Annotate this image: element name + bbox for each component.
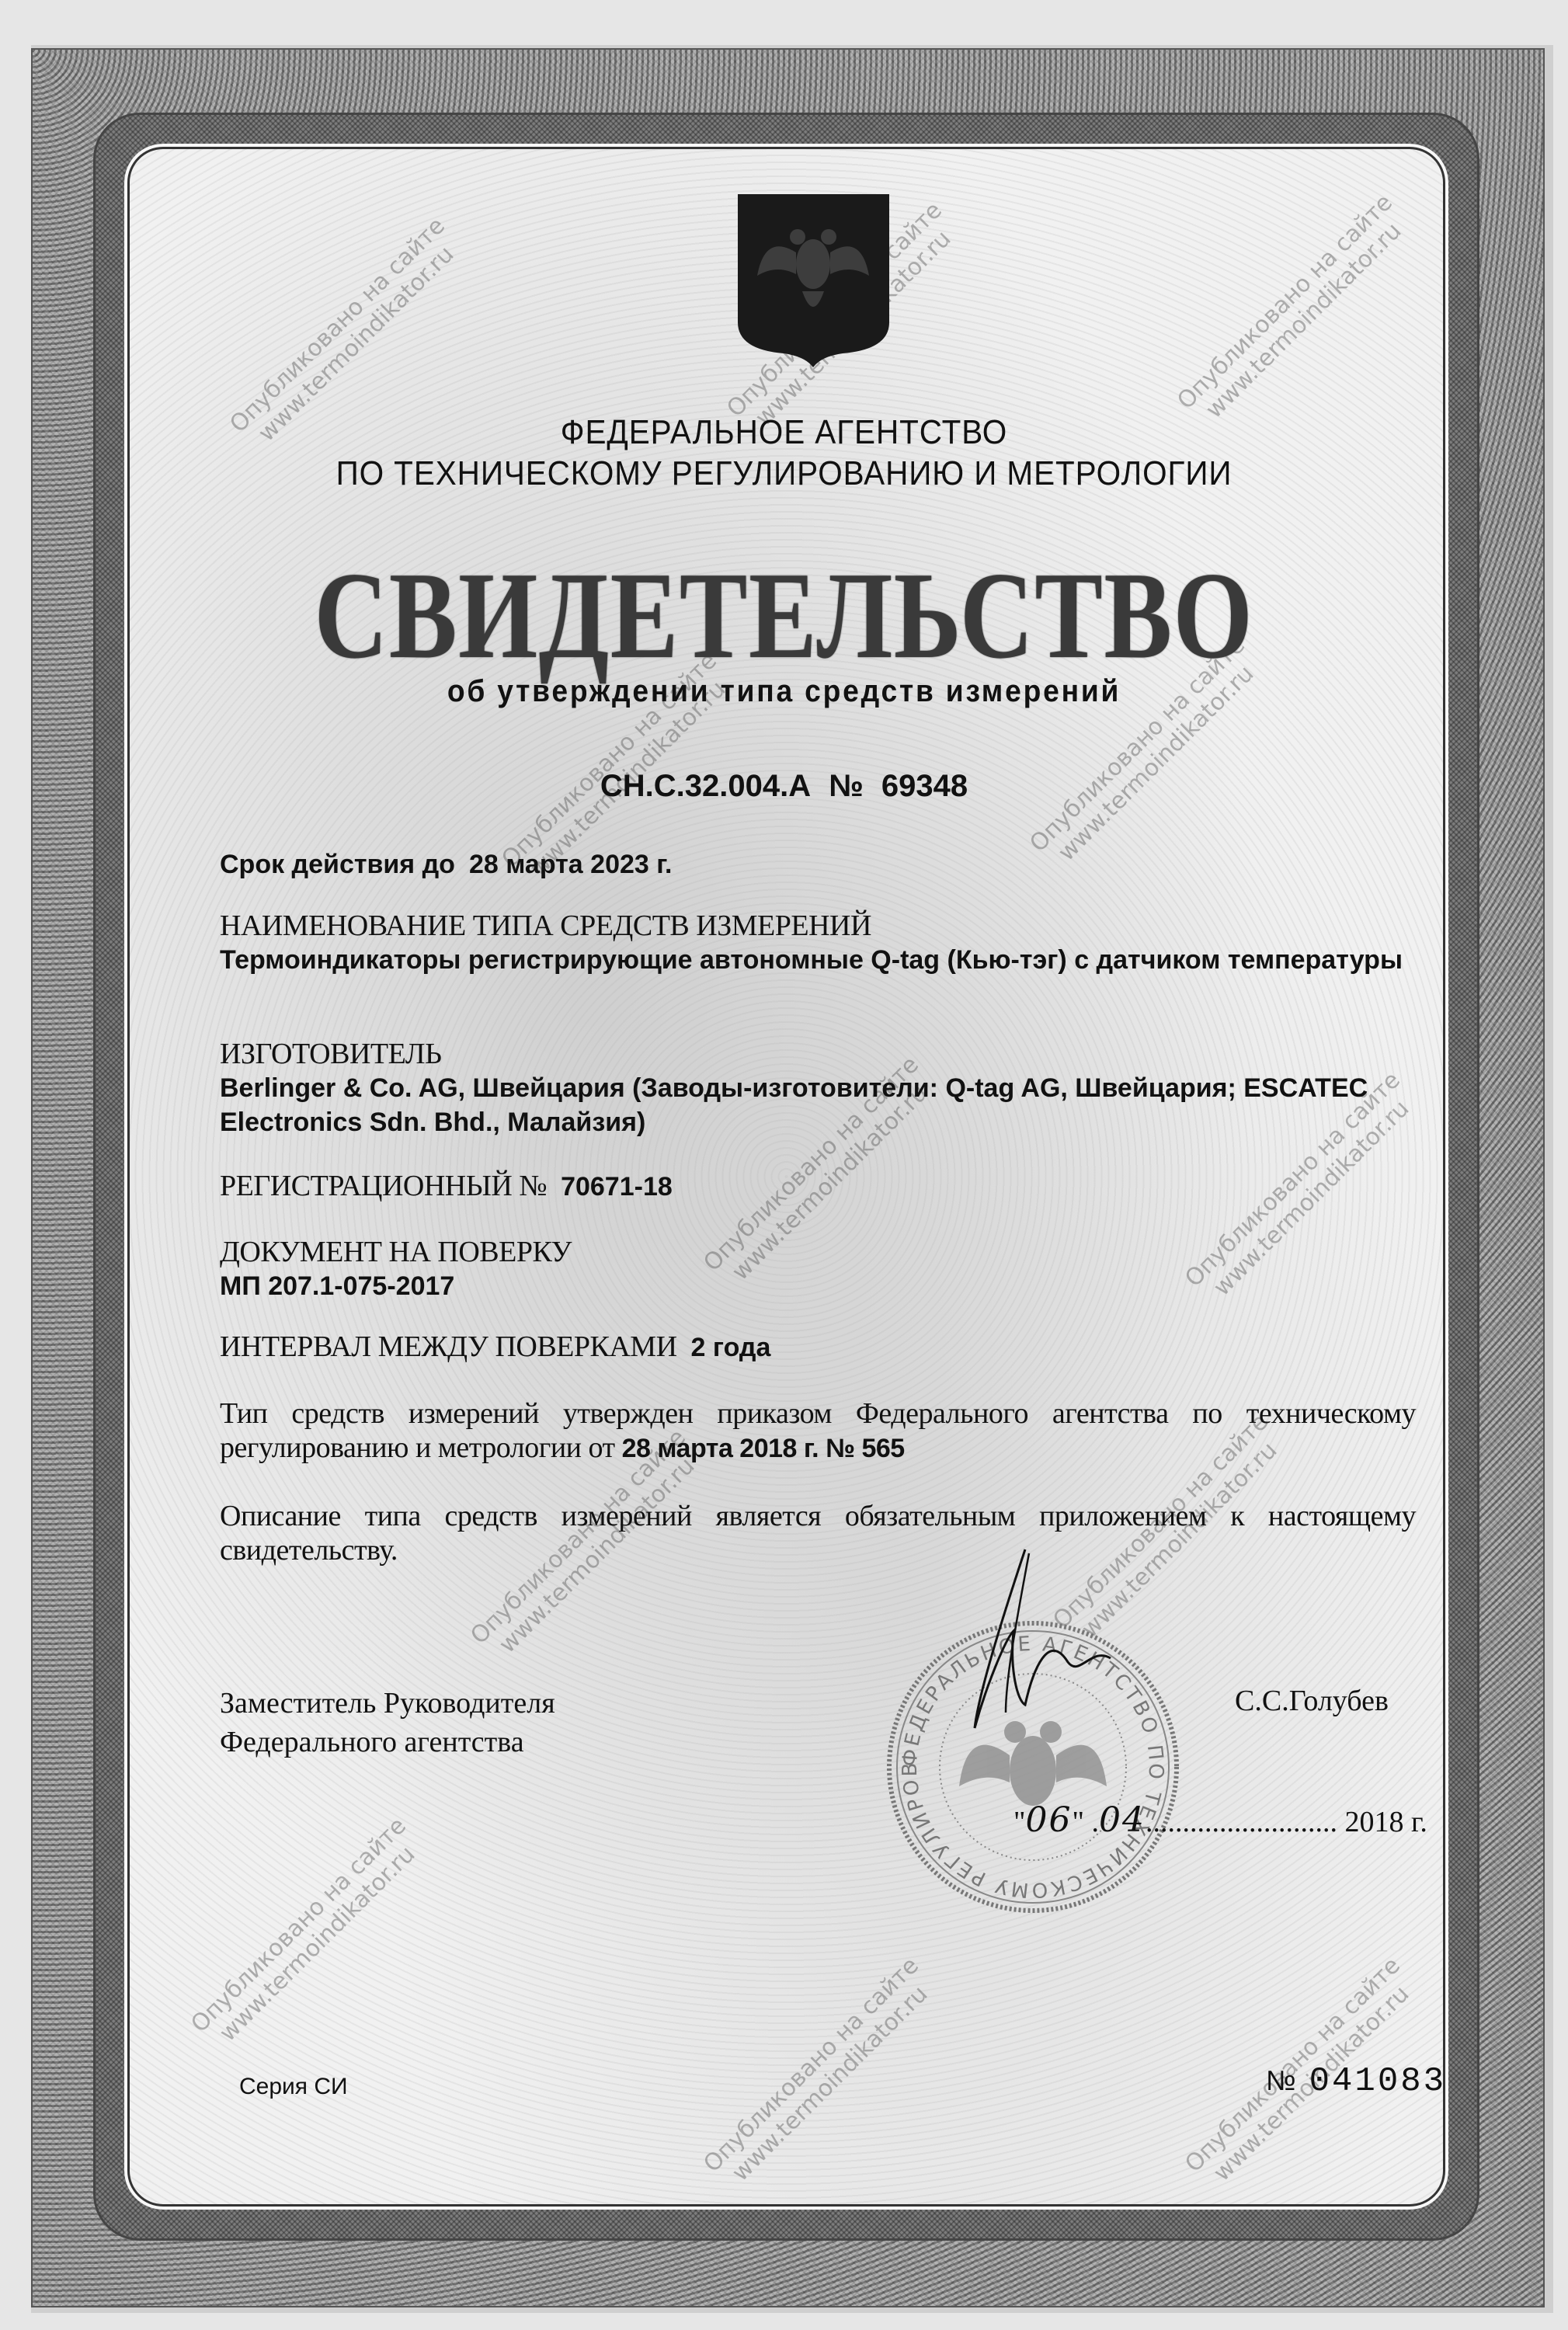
signatory-title-line1: Заместитель Руководителя (220, 1684, 555, 1723)
signatory-name: С.С.Голубев (1235, 1684, 1389, 1718)
document-subtitle: об утверждении типа средств измерений (55, 674, 1514, 709)
approval-order-number: № 565 (826, 1434, 905, 1463)
approval-order-date: 28 марта 2018 г. (622, 1434, 819, 1463)
manufacturer-label: ИЗГОТОВИТЕЛЬ (220, 1037, 1416, 1071)
interval-value: 2 года (691, 1333, 771, 1362)
signing-month: 04 (1099, 1800, 1146, 1840)
approval-paragraph: Тип средств измерений утвержден приказом… (220, 1396, 1416, 1466)
handwritten-signature (932, 1546, 1134, 1747)
signing-date: "06" .04.......................... 2018 … (1013, 1800, 1427, 1840)
serial-number: №041083 (1266, 2062, 1446, 2101)
serial-number-value: 041083 (1309, 2062, 1446, 2101)
document-title: СВИДЕТЕЛЬСТВО (141, 544, 1427, 687)
annex-note: Описание типа средств измерений является… (220, 1499, 1416, 1567)
interval-section: ИНТЕРВАЛ МЕЖДУ ПОВЕРКАМИ 2 года (220, 1330, 1416, 1365)
certificate-number-value: 69348 (881, 769, 968, 803)
verification-doc-value: МП 207.1-075-2017 (220, 1269, 1416, 1303)
verification-doc-section: ДОКУМЕНТ НА ПОВЕРКУ МП 207.1-075-2017 (220, 1235, 1416, 1303)
manufacturer-section: ИЗГОТОВИТЕЛЬ Berlinger & Co. AG, Швейцар… (220, 1037, 1416, 1139)
agency-name-line1: ФЕДЕРАЛЬНОЕ АГЕНТСТВО (63, 413, 1505, 452)
series-label: Серия СИ (239, 2074, 348, 2100)
instrument-type-section: НАИМЕНОВАНИЕ ТИПА СРЕДСТВ ИЗМЕРЕНИЙ Терм… (220, 909, 1416, 977)
serial-sign: № (1266, 2064, 1299, 2096)
instrument-type-label: НАИМЕНОВАНИЕ ТИПА СРЕДСТВ ИЗМЕРЕНИЙ (220, 909, 1416, 943)
signing-year: 2018 г. (1345, 1806, 1427, 1838)
russian-coat-of-arms-icon (734, 190, 893, 369)
agency-name-line2: ПО ТЕХНИЧЕСКОМУ РЕГУЛИРОВАНИЮ И МЕТРОЛОГ… (63, 454, 1505, 493)
registration-label: РЕГИСТРАЦИОННЫЙ № (220, 1170, 547, 1202)
manufacturer-value: Berlinger & Co. AG, Швейцария (Заводы-из… (220, 1071, 1416, 1139)
interval-label: ИНТЕРВАЛ МЕЖДУ ПОВЕРКАМИ (220, 1330, 677, 1363)
signatory-title: Заместитель Руководителя Федерального аг… (220, 1684, 555, 1761)
validity-label: Срок действия до (220, 850, 455, 879)
signing-day: 06 (1026, 1800, 1073, 1840)
registration-value: 70671-18 (561, 1172, 673, 1202)
number-sign: № (829, 769, 864, 803)
validity-value: 28 марта 2023 г. (469, 850, 673, 879)
verification-doc-label: ДОКУМЕНТ НА ПОВЕРКУ (220, 1235, 1416, 1269)
certificate-number: CH.C.32.004.A № 69348 (0, 769, 1568, 804)
certificate-code: CH.C.32.004.A (600, 769, 811, 803)
instrument-type-value: Термоиндикаторы регистрирующие автономны… (220, 943, 1416, 977)
validity-row: Срок действия до 28 марта 2023 г. (220, 847, 1416, 882)
signatory-title-line2: Федерального агентства (220, 1723, 555, 1761)
registration-section: РЕГИСТРАЦИОННЫЙ № 70671-18 (220, 1169, 1416, 1204)
